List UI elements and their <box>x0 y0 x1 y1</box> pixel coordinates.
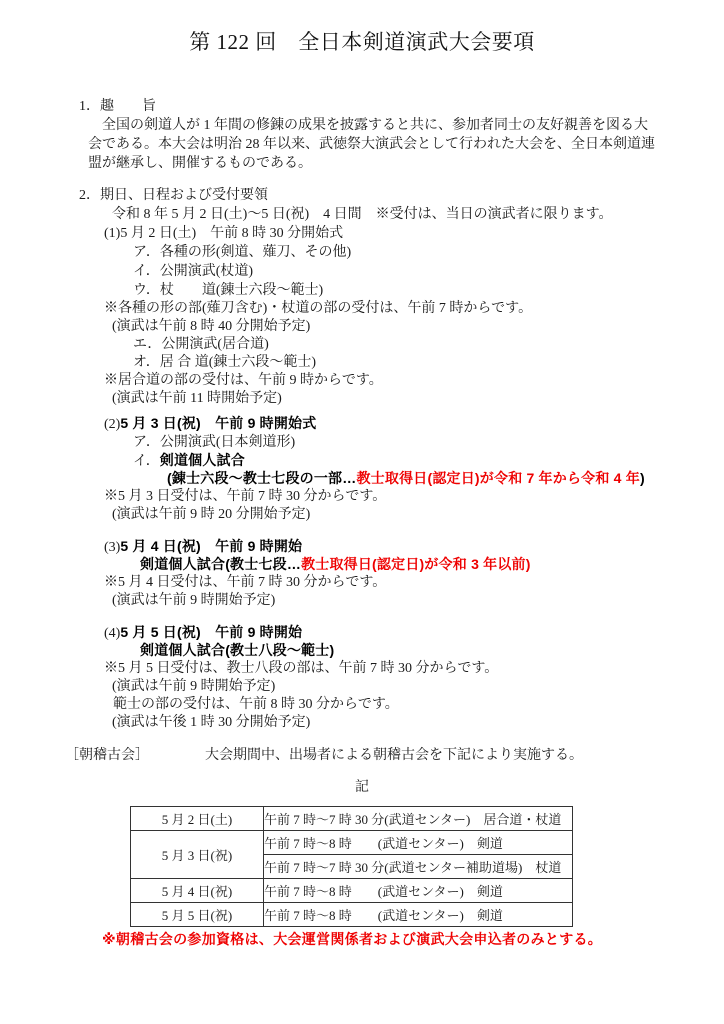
day3-item-red: 教士取得日(認定日)が令和 3 年以前) <box>301 556 531 572</box>
table-row: 5 月 5 日(祝) 午前 7 時～8 時 (武道センター) 剣道 <box>131 903 573 927</box>
day1-header: (1)5 月 2 日(土) 午前 8 時 30 分開始式 <box>104 224 343 243</box>
day3-item-shiai: 剣道個人試合(教士七段…教士取得日(認定日)が令和 3 年以前) <box>140 555 531 574</box>
table-cell-date: 5 月 2 日(土) <box>131 807 264 831</box>
day2-header-num: (2) <box>104 417 120 432</box>
schedule-period: 令和 8 年 5 月 2 日(土)～5 日(祝) 4 日間 ※受付は、当日の演武… <box>112 205 613 224</box>
table-cell-date: 5 月 3 日(祝) <box>131 831 264 879</box>
day3-note: ※5 月 4 日受付は、午前 7 時 30 分からです。 <box>104 573 386 592</box>
day3-header-text: 5 月 4 日(祝) 午前 9 時開始 <box>120 538 302 554</box>
asageiko-label: ［朝稽古会］ <box>65 746 149 765</box>
purpose-line: 会である。本大会は明治 28 年以来、武徳祭大演武会として行われた大会を、全日本… <box>88 135 655 154</box>
day2-eligibility-red: 教士取得日(認定日)が令和 7 年から令和 4 年 <box>356 470 639 486</box>
ki-marker: 記 <box>0 778 724 797</box>
day4-header-num: (4) <box>104 626 120 641</box>
purpose-line: 盟が継承し、開催するものである。 <box>88 154 312 173</box>
day4-note: (演武は午前 9 時開始予定) <box>112 677 275 696</box>
day1-note: ※居合道の部の受付は、午前 9 時からです。 <box>104 371 383 390</box>
day3-header-num: (3) <box>104 540 120 555</box>
table-cell-detail: 午前 7 時～8 時 (武道センター) 剣道 <box>264 903 573 927</box>
table-cell-detail: 午前 7 時～7 時 30 分(武道センター) 居合道・杖道 <box>264 807 573 831</box>
table-cell-detail: 午前 7 時～8 時 (武道センター) 剣道 <box>264 831 573 855</box>
day4-header: (4)5 月 5 日(祝) 午前 9 時開始 <box>104 623 302 643</box>
table-cell-date: 5 月 4 日(祝) <box>131 879 264 903</box>
day3-item-black: 剣道個人試合(教士七段… <box>140 556 301 572</box>
asageiko-text: 大会期間中、出場者による朝稽古会を下記により実施する。 <box>205 746 583 765</box>
day2-note: (演武は午前 9 時 20 分開始予定) <box>112 505 310 524</box>
table-cell-date: 5 月 5 日(祝) <box>131 903 264 927</box>
day1-note: (演武は午前 8 時 40 分開始予定) <box>112 317 310 336</box>
day3-header: (3)5 月 4 日(祝) 午前 9 時開始 <box>104 537 302 557</box>
table-cell-detail: 午前 7 時～7 時 30 分(武道センター補助道場) 杖道 <box>264 855 573 879</box>
day2-header-text: 5 月 3 日(祝) 午前 9 時開始式 <box>120 415 316 431</box>
schedule-heading: 2．期日、日程および受付要領 <box>79 186 268 205</box>
document-page: 第 122 回 全日本剣道演武大会要項 1．趣 旨 全国の剣道人が 1 年間の修… <box>0 0 724 1024</box>
asageiko-table: 5 月 2 日(土) 午前 7 時～7 時 30 分(武道センター) 居合道・杖… <box>130 806 573 927</box>
day2-header: (2)5 月 3 日(祝) 午前 9 時開始式 <box>104 414 316 434</box>
day2-note: ※5 月 3 日受付は、午前 7 時 30 分からです。 <box>104 487 386 506</box>
day1-item-iaido-demo: エ．公開演武(居合道) <box>133 335 269 354</box>
day4-note: (演武は午後 1 時 30 分開始予定) <box>112 713 310 732</box>
day2-eligibility-black: (錬士六段～教士七段の一部… <box>167 470 356 486</box>
day4-note: ※5 月 5 日受付は、教士八段の部は、午前 7 時 30 分からです。 <box>104 659 498 678</box>
day1-item-iaido: オ．居 合 道(錬士六段～範士) <box>133 353 316 372</box>
day2-item-demo: ア．公開演武(日本剣道形) <box>133 433 295 452</box>
table-cell-detail: 午前 7 時～8 時 (武道センター) 剣道 <box>264 879 573 903</box>
day3-note: (演武は午前 9 時開始予定) <box>112 591 275 610</box>
day4-item-shiai: 剣道個人試合(教士八段～範士) <box>140 641 334 660</box>
day4-note: 範士の部の受付は、午前 8 時 30 分からです。 <box>113 695 399 714</box>
day1-item-koukai: イ．公開演武(杖道) <box>133 262 253 281</box>
day2-item-shiai: イ．剣道個人試合 <box>133 451 245 471</box>
day1-item-kata: ア．各種の形(剣道、薙刀、その他) <box>133 243 351 262</box>
day2-eligibility-close: ) <box>640 470 645 486</box>
page-title: 第 122 回 全日本剣道演武大会要項 <box>0 33 724 52</box>
table-row: 5 月 3 日(祝) 午前 7 時～8 時 (武道センター) 剣道 <box>131 831 573 855</box>
day1-item-jodo: ウ．杖 道(錬士六段～範士) <box>133 281 323 300</box>
purpose-heading: 1．趣 旨 <box>79 97 156 116</box>
day1-note: (演武は午前 11 時開始予定) <box>112 389 282 408</box>
day1-note: ※各種の形の部(薙刀含む)・杖道の部の受付は、午前 7 時からです。 <box>104 299 532 318</box>
day2-eligibility: (錬士六段～教士七段の一部…教士取得日(認定日)が令和 7 年から令和 4 年) <box>167 469 645 488</box>
asageiko-footnote: ※朝稽古会の参加資格は、大会運営関係者および演武大会申込者のみとする。 <box>102 930 602 949</box>
purpose-line: 全国の剣道人が 1 年間の修錬の成果を披露すると共に、参加者同士の友好親善を図る… <box>88 116 648 135</box>
day2-item-text: 剣道個人試合 <box>160 452 245 468</box>
day4-header-text: 5 月 5 日(祝) 午前 9 時開始 <box>120 624 302 640</box>
day2-item-num: イ． <box>133 454 160 469</box>
table-row: 5 月 2 日(土) 午前 7 時～7 時 30 分(武道センター) 居合道・杖… <box>131 807 573 831</box>
table-row: 5 月 4 日(祝) 午前 7 時～8 時 (武道センター) 剣道 <box>131 879 573 903</box>
